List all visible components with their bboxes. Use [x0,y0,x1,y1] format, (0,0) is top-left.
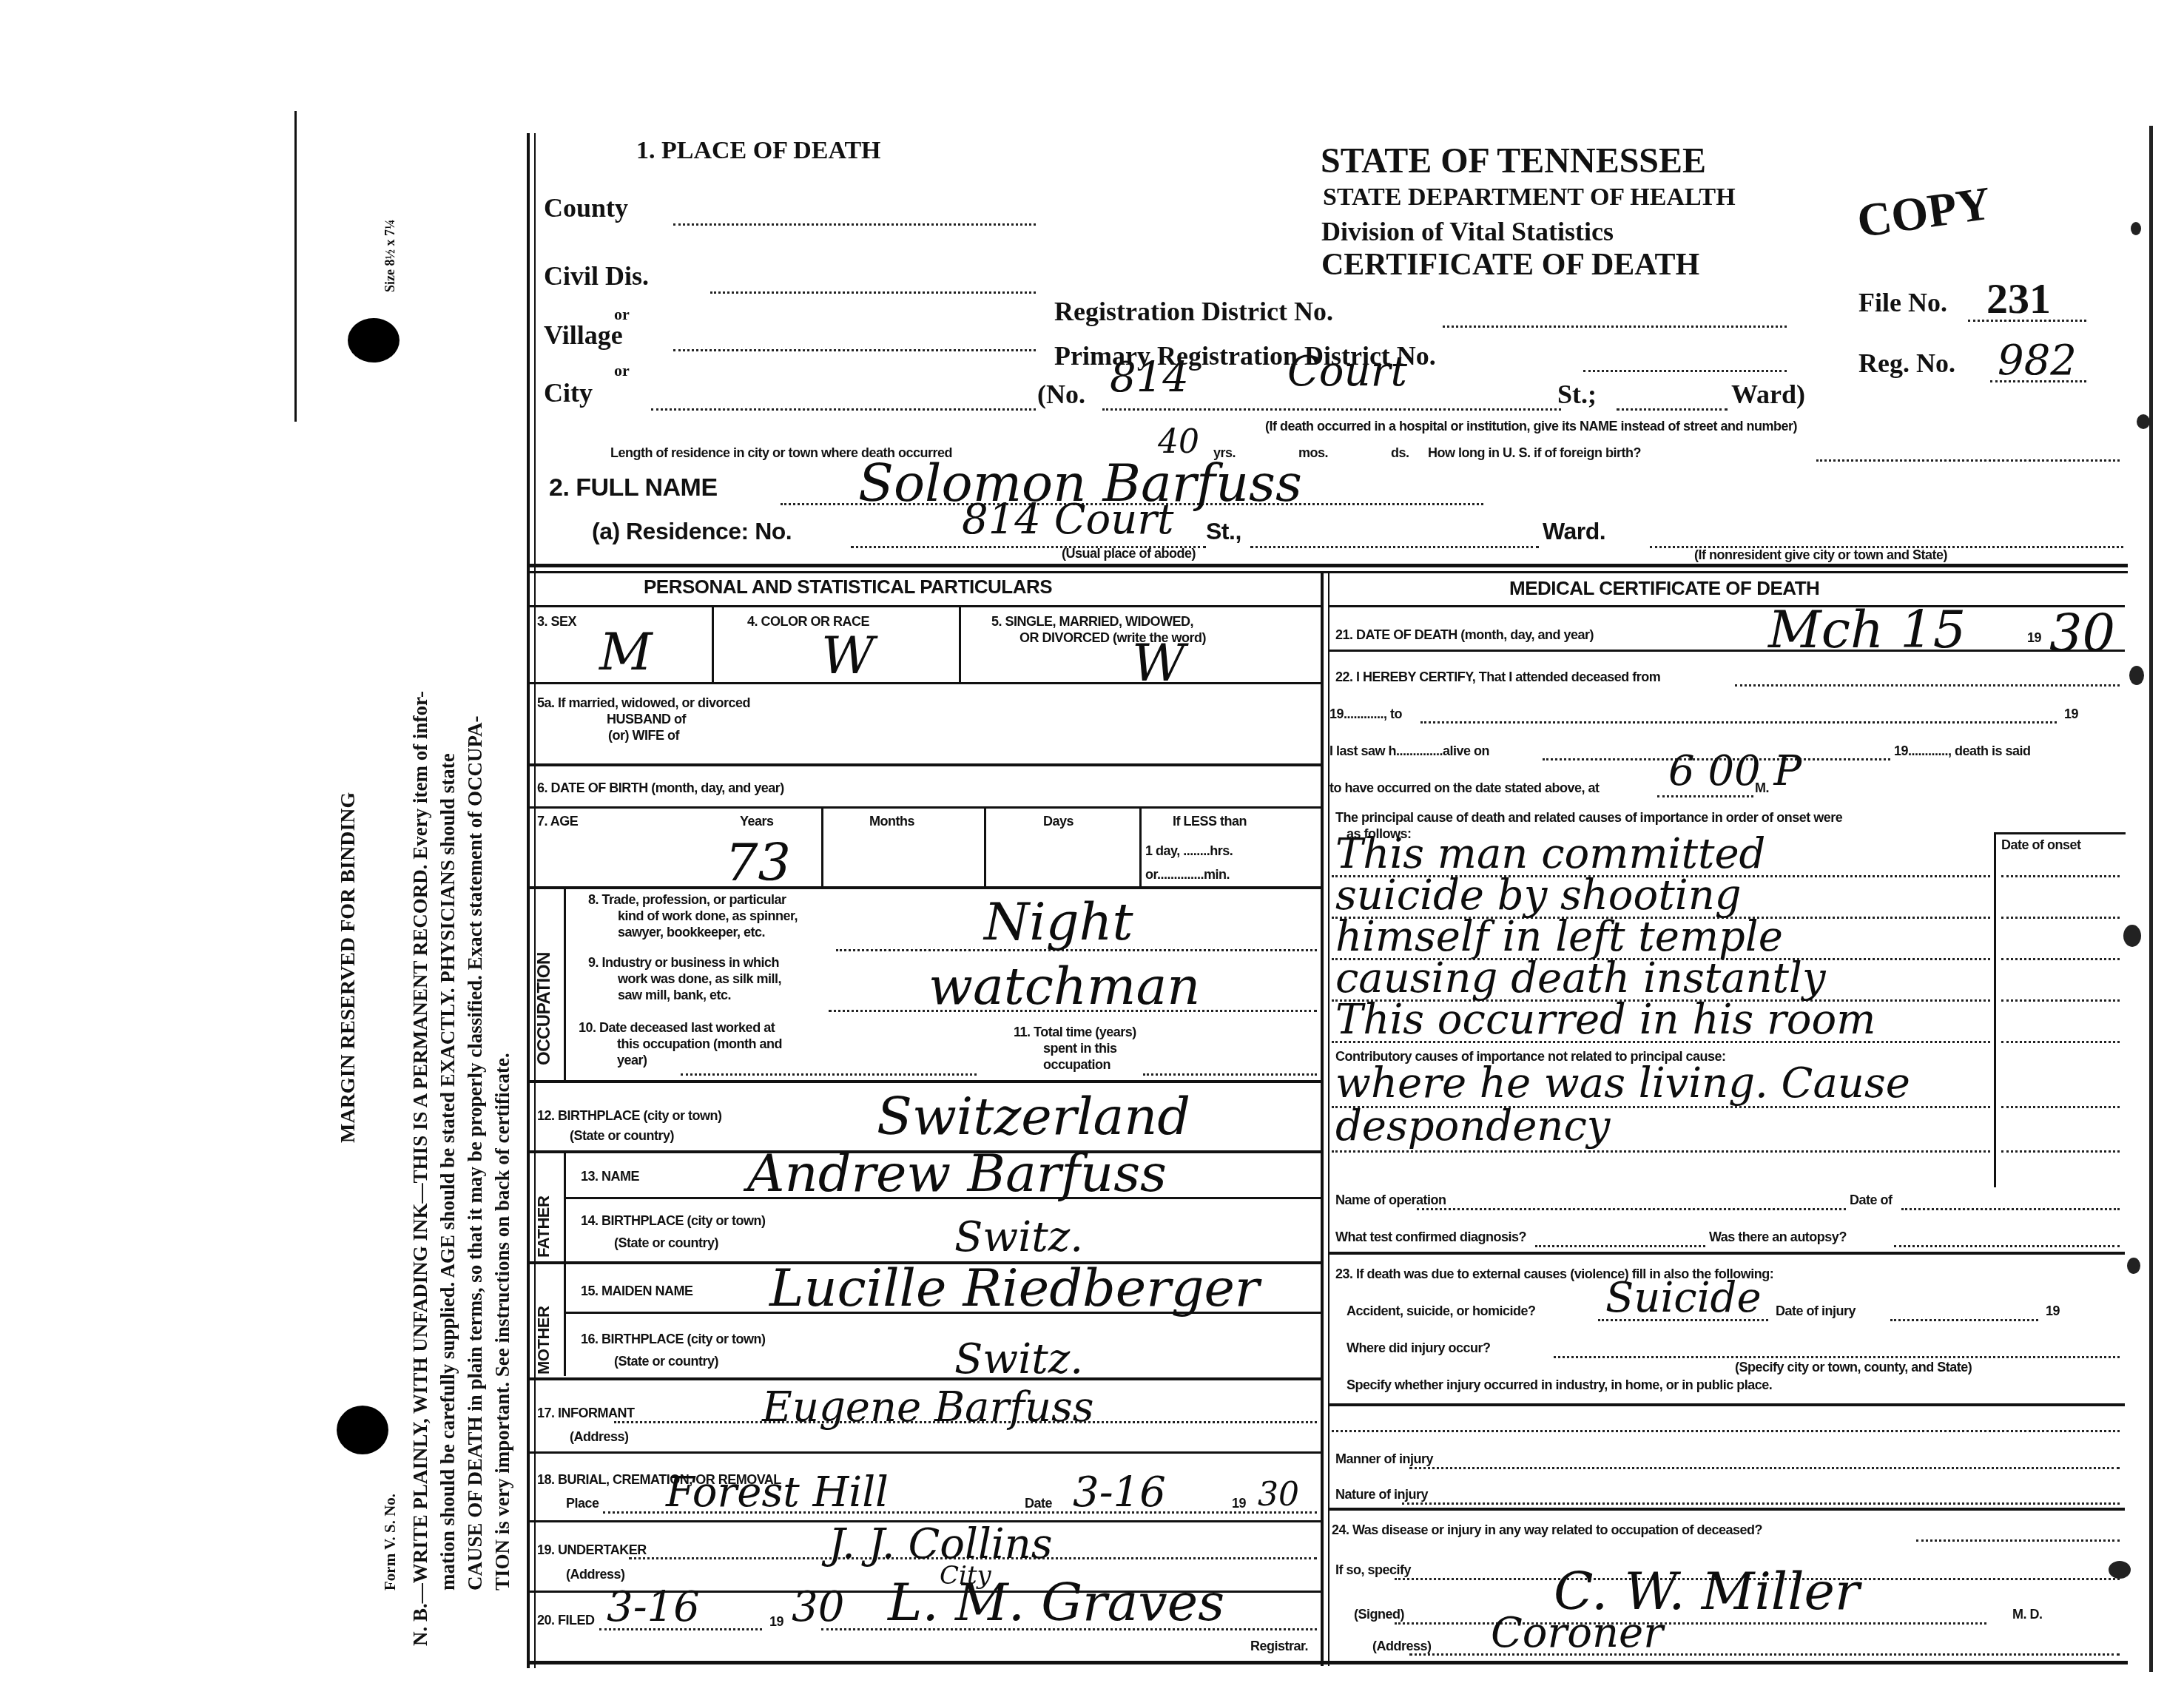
personal-heading: PERSONAL AND STATISTICAL PARTICULARS [644,576,1052,598]
row-rule [1329,1403,2125,1406]
filed-year-prefix: 19 [769,1614,783,1630]
row-rule [530,1451,1321,1454]
cell-rule [821,806,823,888]
full-name-label: 2. FULL NAME [549,473,718,502]
accident-value: Suicide [1605,1274,1762,1322]
file-number-label: File No. [1858,287,1947,318]
time-of-death-value: 6 00 P [1668,747,1802,795]
attended-to-field[interactable] [1420,719,2057,723]
burial-date-value: 3-16 [1073,1468,1166,1517]
double-rule-bottom [530,1661,2128,1664]
physician-address-value: Coroner [1491,1609,1663,1657]
onset-field[interactable] [2001,997,2120,1002]
ds-label: ds. [1391,445,1409,461]
frame-left-rule-inner [534,133,536,1668]
cell-rule [959,605,961,682]
sex-label: 3. SEX [537,614,576,630]
father-name-value: Andrew Barfuss [747,1143,1167,1204]
street-number-label: (No. [1037,379,1085,410]
father-birthplace-label-2: (State or country) [614,1235,718,1251]
date-of-onset-label: Date of onset [2001,837,2081,853]
size-note: Size 8½ x 7¼ [382,220,398,293]
onset-field[interactable] [2001,914,2120,919]
copy-stamp: COPY [1854,176,1995,249]
manner-of-injury-field[interactable] [1409,1465,2120,1469]
date-of-death-value: Mch 15 [1768,599,1966,660]
reg-number-value: 982 [1998,337,2077,385]
medical-heading: MEDICAL CERTIFICATE OF DEATH [1509,577,1819,600]
father-birthplace-label-1: 14. BIRTHPLACE (city or town) [581,1213,766,1229]
registration-district-field[interactable] [1443,323,1787,328]
autopsy-label: Was there an autopsy? [1709,1230,1847,1245]
file-number-value: 231 [1986,274,2051,323]
punch-hole-icon [337,1406,388,1454]
last-saw-label: I last saw h..............alive on [1329,743,1489,759]
burial-year-prefix: 19 [1232,1496,1246,1511]
reg-number-label: Reg. No. [1858,348,1955,379]
civil-district-field[interactable] [710,289,1036,294]
date-of-death-label: 21. DATE OF DEATH (month, day, and year) [1335,627,1594,643]
specify-city-note: (Specify city or town, county, and State… [1735,1360,1972,1375]
md-label: M. D. [2012,1607,2043,1622]
hospital-note: (If death occurred in a hospital or inst… [1265,419,1797,434]
trade-value: Night [984,891,1133,952]
less-than-label: If LESS than [1173,814,1247,829]
contributory-line-1: where he was living. Cause [1335,1059,1910,1107]
burial-year-value: 30 [1258,1476,1299,1514]
instruction-line-1: N. B.—WRITE PLAINLY, WITH UNFADING INK—T… [409,691,432,1646]
operation-date-label: Date of [1850,1193,1893,1208]
mother-name-label: 15. MAIDEN NAME [581,1284,693,1299]
diagnosis-test-label: What test confirmed diagnosis? [1335,1230,1526,1245]
registrar-value: L. M. Graves [888,1572,1224,1633]
row-rule [530,763,1321,766]
speck [2123,925,2141,947]
instruction-line-3: CAUSE OF DEATH in plain terms, so that i… [464,716,487,1591]
onset-column-top [1994,832,2126,834]
onset-field[interactable] [2001,873,2120,877]
death-said-label: 19............, death is said [1894,743,2031,759]
informant-address-label: (Address) [570,1429,629,1445]
speck [2109,1561,2131,1579]
last-worked-label: 10. Date deceased last worked at this oc… [579,1019,782,1068]
filed-label: 20. FILED [537,1613,595,1628]
registration-district-label: Registration District No. [1054,296,1333,327]
row-rule [1329,650,2125,652]
operation-field[interactable] [1417,1206,1846,1210]
death-year-value: 30 [2049,603,2115,664]
mother-birthplace-label-1: 16. BIRTHPLACE (city or town) [581,1332,766,1347]
onset-field[interactable] [2001,956,2120,960]
onset-column-rule [1994,832,1996,1187]
attended-from-field[interactable] [1735,682,2120,687]
county-field[interactable] [673,220,1036,226]
primary-registration-field[interactable] [1583,367,1787,372]
row-rule [1329,1508,2125,1511]
street-field[interactable] [1102,405,1561,411]
certificate-title: CERTIFICATE OF DEATH [1321,247,1699,283]
accident-label: Accident, suicide, or homicide? [1347,1303,1536,1319]
injury-date-field[interactable] [1890,1317,2038,1321]
column-divider-inner [1328,571,1329,1666]
how-long-us-field[interactable] [1816,457,2120,462]
column-divider [1321,571,1324,1666]
birthplace-value: Switzerland [877,1086,1190,1147]
double-rule-top [530,564,2128,567]
informant-value: Eugene Barfuss [762,1383,1094,1431]
total-time-label: 11. Total time (years) spent in this occ… [1014,1024,1136,1073]
marital-label-1: 5. SINGLE, MARRIED, WIDOWED, [991,614,1193,630]
village-field[interactable] [673,346,1036,351]
row-rule [1329,1252,2125,1255]
onset-field[interactable] [2001,1039,2120,1043]
death-year-prefix: 19 [2027,630,2041,646]
years-label: Years [740,814,774,829]
department-title: STATE DEPARTMENT OF HEALTH [1323,183,1736,212]
diagnosis-test-field[interactable] [1535,1243,1705,1247]
age-label: 7. AGE [537,814,578,829]
row-rule [530,806,1321,809]
attended-year-prefix: 19 [2064,706,2078,722]
residence-ward-label: Ward. [1543,518,1605,545]
father-side-label: FATHER [534,1196,553,1258]
spouse-label-3: (or) WIFE of [608,728,679,743]
ward-label: Ward) [1731,379,1805,410]
nature-of-injury-field[interactable] [1402,1500,2120,1505]
instruction-line-4: TION is very important. See instructions… [491,1053,514,1591]
occupational-label: 24. Was disease or injury in any way rel… [1332,1522,1762,1538]
industry-label: 9. Industry or business in which work wa… [588,954,781,1003]
cause-line-5: This occurred in his room [1335,996,1875,1044]
injury-location-field[interactable] [1554,1354,2120,1358]
injury-place-type-field[interactable] [1332,1428,2120,1432]
burial-place-label: Place [566,1496,599,1511]
speck [2137,414,2150,429]
residence-label: (a) Residence: No. [592,518,792,545]
ward-field[interactable] [1617,405,1728,411]
how-long-us-label: How long in U. S. if of foreign birth? [1428,445,1641,461]
primary-registration-label: Primary Registration District No. [1054,340,1436,371]
row-rule [530,682,1321,684]
days-label: Days [1043,814,1074,829]
onset-field[interactable] [2001,1148,2120,1153]
injury-location-label: Where did injury occur? [1347,1340,1491,1356]
frame-right-edge [2149,126,2153,1672]
mother-birthplace-value: Switz. [954,1335,1083,1383]
meridiem-label: M. [1755,780,1769,796]
mos-label: mos. [1298,445,1328,461]
speck [2129,666,2144,685]
abode-note: (Usual place of abode) [1062,546,1196,561]
dob-label: 6. DATE OF BIRTH (month, day, and year) [537,780,784,796]
residence-ward-field[interactable] [1250,543,1539,548]
cell-rule [1139,806,1142,888]
father-birthplace-value: Switz. [954,1213,1083,1261]
specify-whether-note: Specify whether injury occurred in indus… [1347,1377,1772,1393]
mother-side-label: MOTHER [534,1306,553,1374]
speck [2127,1258,2140,1274]
division-title: Division of Vital Statistics [1321,216,1614,247]
row-rule [530,886,1321,889]
row-rule [1329,605,2125,607]
mother-birthplace-label-2: (State or country) [614,1354,718,1369]
spouse-label-1: 5a. If married, widowed, or divorced [537,695,750,711]
occupation-side-label: OCCUPATION [534,952,555,1065]
mother-name-value: Lucille Riedberger [769,1258,1259,1318]
birthplace-label-1: 12. BIRTHPLACE (city or town) [537,1108,722,1124]
injury-date-label: Date of injury [1776,1303,1856,1319]
occupational-field[interactable] [1916,1537,2120,1542]
minutes-label: or..............min. [1145,867,1230,883]
attended-to-label: 19............, to [1329,706,1402,722]
undertaker-address-label: (Address) [566,1567,625,1582]
instruction-line-2: mation should be carefully supplied. AGE… [437,753,459,1591]
time-of-death-label: to have occurred on the date stated abov… [1329,780,1600,796]
residence-value: 814 Court [962,496,1174,544]
cause-intro-label: The principal cause of death and related… [1335,810,1842,826]
filed-date-value: 3-16 [607,1583,700,1631]
operation-date-field[interactable] [1901,1206,2120,1210]
row-rule [530,1080,1321,1083]
occupation-side-rule [564,886,566,1080]
burial-place-value: Forest Hill [666,1468,889,1517]
margin-reserved-label: MARGIN RESERVED FOR BINDING [337,792,360,1143]
birthplace-label-2: (State or country) [570,1128,674,1144]
frame-left-rule [527,133,530,1668]
burial-date-label: Date [1025,1496,1052,1511]
contributory-line-2: despondency [1335,1102,1610,1150]
hours-label: 1 day, ........hrs. [1145,843,1233,859]
speck [2131,222,2141,235]
age-years-value: 73 [725,832,791,893]
father-name-label: 13. NAME [581,1169,639,1184]
place-of-death-heading: 1. PLACE OF DEATH [636,137,881,165]
last-worked-field[interactable] [681,1071,977,1076]
nonresident-note: (If nonresident give city or town and St… [1694,547,1947,563]
margin-rule [294,111,297,422]
injury-year-prefix: 19 [2046,1303,2060,1319]
row-rule [530,1377,1321,1380]
residence-st-label: St., [1206,518,1241,545]
filed-year-value: 30 [792,1583,844,1631]
spouse-label-2: HUSBAND of [607,712,686,727]
sex-value: M [599,621,653,682]
cell-rule [712,605,714,682]
registrar-label: Registrar. [1250,1639,1308,1654]
city-field[interactable] [651,405,1036,411]
certify-label: 22. I HEREBY CERTIFY, That I attended de… [1335,669,1660,685]
form-number-label: Form V. S. No. [381,1494,400,1591]
city-label: City [544,377,593,408]
months-label: Months [869,814,914,829]
village-label: Village [544,320,623,351]
onset-field[interactable] [2001,1104,2120,1108]
punch-hole-icon [348,318,400,362]
race-value: W [821,625,874,686]
row-rule [530,605,1321,607]
marital-value: W [1132,633,1185,693]
total-time-field[interactable] [1143,1071,1317,1076]
autopsy-field[interactable] [1894,1243,2120,1247]
cell-rule [984,806,986,888]
street-suffix-label: St.; [1557,379,1597,410]
trade-label: 8. Trade, profession, or particular kind… [588,891,798,940]
county-label: County [544,192,628,223]
civil-district-label: Civil Dis. [544,260,649,291]
industry-value: watchman [928,956,1200,1016]
state-title: STATE OF TENNESSEE [1321,141,1706,181]
or-label: or [614,361,630,380]
